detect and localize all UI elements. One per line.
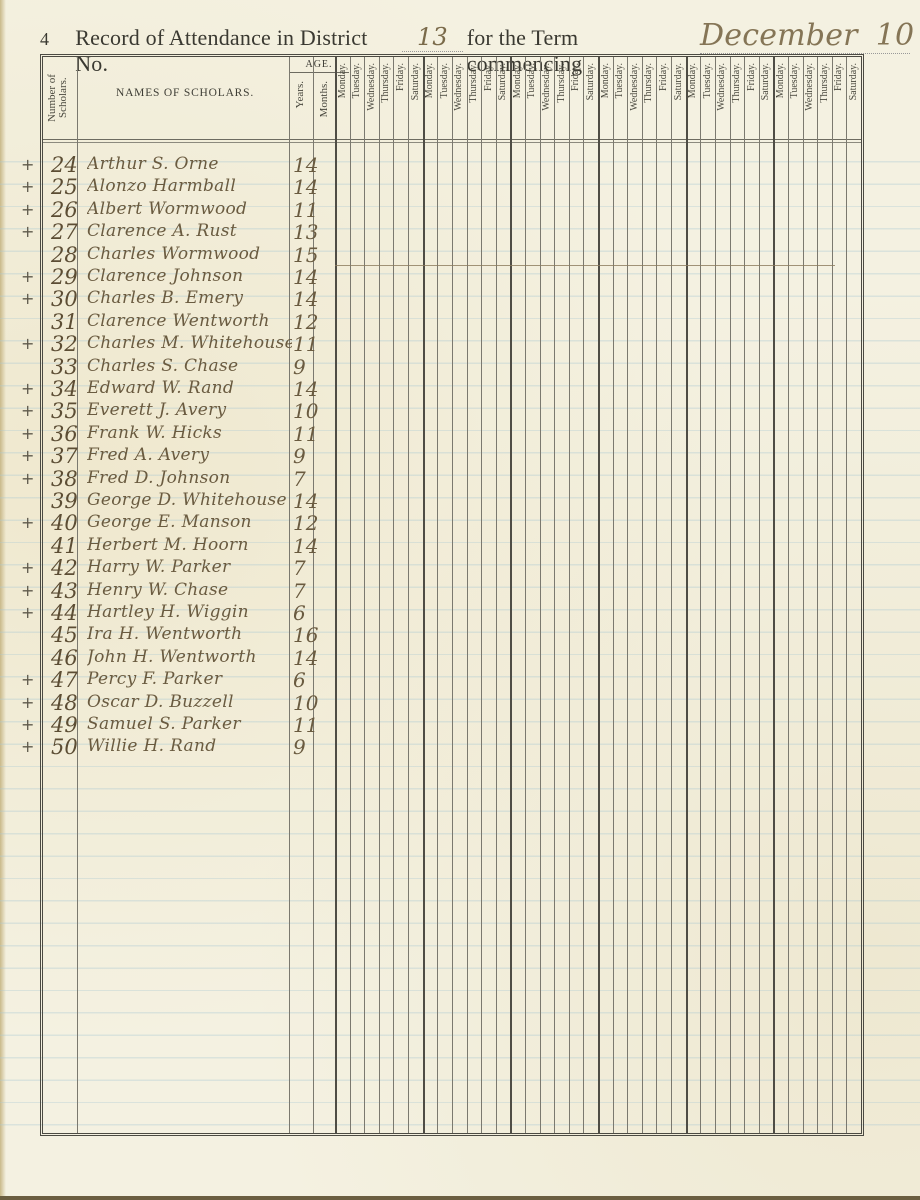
- header-day-w6-friday: Friday.: [833, 63, 844, 91]
- scholar-row: +26Albert Wormwood11: [43, 200, 363, 222]
- scholar-name: George E. Manson: [87, 512, 292, 532]
- header-day-w5-monday: Monday.: [687, 63, 698, 98]
- scholar-row: +34Edward W. Rand14: [43, 379, 363, 401]
- scholar-age-years: 11: [293, 422, 315, 446]
- tally-mark: +: [21, 222, 34, 241]
- scholar-number: 33: [51, 355, 81, 379]
- col-line-day: [379, 57, 380, 1133]
- col-line-day: [846, 57, 847, 1133]
- scholar-row: +37Fred A. Avery9: [43, 446, 363, 468]
- scholar-age-years: 14: [293, 377, 315, 401]
- col-line-day: [817, 57, 818, 1133]
- header-day-w3-wednesday: Wednesday.: [541, 63, 552, 111]
- attendance-table: Number of Scholars. NAMES OF SCHOLARS. A…: [40, 54, 864, 1136]
- page-bottom-edge: [0, 1196, 920, 1200]
- tally-mark: +: [21, 267, 34, 286]
- scholar-name: Clarence A. Rust: [87, 221, 292, 241]
- col-line-day: [803, 57, 804, 1133]
- scholar-age-years: 14: [293, 265, 315, 289]
- col-line-day: [656, 57, 657, 1133]
- scholar-number: 35: [51, 399, 81, 423]
- col-line-day: [525, 57, 526, 1133]
- scholar-row: +44Hartley H. Wiggin6: [43, 603, 363, 625]
- col-line-day: [671, 57, 672, 1133]
- scholar-name: Harry W. Parker: [87, 557, 292, 577]
- scholar-row: +48Oscar D. Buzzell10: [43, 693, 363, 715]
- scholar-name: Charles Wormwood: [87, 244, 292, 264]
- tally-mark: +: [21, 200, 34, 219]
- col-line-day: [540, 57, 541, 1133]
- header-day-w2-saturday: Saturday.: [497, 63, 508, 100]
- tally-mark: +: [21, 446, 34, 465]
- scholar-number: 50: [51, 735, 81, 759]
- scholar-name: Hartley H. Wiggin: [87, 602, 292, 622]
- scholar-row: 33Charles S. Chase9: [43, 357, 363, 379]
- ledger-page: 4 Record of Attendance in District No. 1…: [0, 0, 920, 1200]
- scholar-number: 32: [51, 332, 81, 356]
- scholar-number: 45: [51, 623, 81, 647]
- header-months: Months.: [319, 81, 330, 117]
- header-day-w5-saturday: Saturday.: [760, 63, 771, 100]
- scholar-age-years: 14: [293, 287, 315, 311]
- scholar-number: 30: [51, 287, 81, 311]
- header-day-w1-thursday: Thursday.: [380, 63, 391, 103]
- header-day-w4-friday: Friday.: [658, 63, 669, 91]
- col-line-day: [598, 57, 600, 1133]
- tally-mark: +: [21, 155, 34, 174]
- scholar-row: +25Alonzo Harmball14: [43, 177, 363, 199]
- scholar-name: Samuel S. Parker: [87, 714, 292, 734]
- scholar-row: +36Frank W. Hicks11: [43, 424, 363, 446]
- header-day-w2-friday: Friday.: [483, 63, 494, 91]
- scholar-name: Ira H. Wentworth: [87, 624, 292, 644]
- col-line-day: [744, 57, 745, 1133]
- header-day-w4-tuesday: Tuesday.: [614, 63, 625, 98]
- header-number-of-scholars: Number of Scholars.: [47, 63, 77, 133]
- header-years: Years.: [295, 81, 306, 108]
- col-line-day: [554, 57, 555, 1133]
- scholar-age-years: 9: [293, 444, 315, 468]
- scholar-name: Charles M. Whitehouse: [87, 333, 292, 353]
- scholar-age-years: 12: [293, 511, 315, 535]
- scholar-number: 26: [51, 198, 81, 222]
- header-day-w4-thursday: Thursday.: [643, 63, 654, 103]
- scholar-number: 31: [51, 310, 81, 334]
- scholar-name: Albert Wormwood: [87, 199, 292, 219]
- header-day-w6-thursday: Thursday.: [819, 63, 830, 103]
- scholar-row: +43Henry W. Chase7: [43, 581, 363, 603]
- header-day-w4-saturday: Saturday.: [673, 63, 684, 100]
- scholar-name: Frank W. Hicks: [87, 423, 292, 443]
- scholar-number: 47: [51, 668, 81, 692]
- header-day-w2-thursday: Thursday.: [468, 63, 479, 103]
- scholar-number: 37: [51, 444, 81, 468]
- header-day-w5-wednesday: Wednesday.: [716, 63, 727, 111]
- tally-mark: +: [21, 513, 34, 532]
- scholar-number: 28: [51, 243, 81, 267]
- header-day-w3-thursday: Thursday.: [556, 63, 567, 103]
- header-day-w3-saturday: Saturday.: [585, 63, 596, 100]
- page-number: 4: [40, 29, 49, 50]
- scholar-name: Everett J. Avery: [87, 400, 292, 420]
- scholar-age-years: 15: [293, 243, 315, 267]
- scholar-number: 46: [51, 646, 81, 670]
- header-day-w3-tuesday: Tuesday.: [526, 63, 537, 98]
- header-day-w4-wednesday: Wednesday.: [629, 63, 640, 111]
- col-line-day: [452, 57, 453, 1133]
- col-line-day: [583, 57, 584, 1133]
- scholar-name: Willie H. Rand: [87, 736, 292, 756]
- col-line-day: [393, 57, 394, 1133]
- term-month: December: [700, 18, 858, 53]
- scholar-age-years: 14: [293, 646, 315, 670]
- scholar-row: +42Harry W. Parker7: [43, 558, 363, 580]
- header-day-w1-saturday: Saturday.: [410, 63, 421, 100]
- scholar-name: Charles B. Emery: [87, 288, 292, 308]
- scholar-row: 28Charles Wormwood15: [43, 245, 363, 267]
- scholar-row: 31Clarence Wentworth12: [43, 312, 363, 334]
- scholar-age-years: 11: [293, 198, 315, 222]
- scholar-name: Alonzo Harmball: [87, 176, 292, 196]
- scholar-number: 25: [51, 175, 81, 199]
- col-line-day: [569, 57, 570, 1133]
- tally-mark: +: [21, 693, 34, 712]
- scholar-number: 44: [51, 601, 81, 625]
- term-date-field: December10: [700, 18, 910, 54]
- term-day: 10: [876, 18, 915, 53]
- scholar-name: Clarence Wentworth: [87, 311, 292, 331]
- tally-mark: +: [21, 424, 34, 443]
- header-day-w5-thursday: Thursday.: [731, 63, 742, 103]
- tally-mark: +: [21, 581, 34, 600]
- header-day-w6-monday: Monday.: [775, 63, 786, 98]
- tally-mark: +: [21, 715, 34, 734]
- tally-mark: +: [21, 558, 34, 577]
- scholar-number: 40: [51, 511, 81, 535]
- tally-mark: +: [21, 334, 34, 353]
- header-day-w3-friday: Friday.: [570, 63, 581, 91]
- header-day-w4-monday: Monday.: [600, 63, 611, 98]
- scholar-name: Fred D. Johnson: [87, 468, 292, 488]
- scholar-number: 39: [51, 489, 81, 513]
- col-line-day: [788, 57, 789, 1133]
- header-day-w6-tuesday: Tuesday.: [789, 63, 800, 98]
- scholar-age-years: 6: [293, 668, 315, 692]
- col-line-day: [832, 57, 833, 1133]
- header-day-w5-tuesday: Tuesday.: [702, 63, 713, 98]
- scholar-number: 42: [51, 556, 81, 580]
- scholar-name: Clarence Johnson: [87, 266, 292, 286]
- scholar-age-years: 14: [293, 175, 315, 199]
- header-day-w2-wednesday: Wednesday.: [453, 63, 464, 111]
- scholar-age-years: 13: [293, 220, 315, 244]
- scholar-age-years: 11: [293, 332, 315, 356]
- scholar-number: 49: [51, 713, 81, 737]
- scholar-name: Henry W. Chase: [87, 580, 292, 600]
- scholar-age-years: 7: [293, 467, 315, 491]
- scholar-row: +29Clarence Johnson14: [43, 267, 363, 289]
- scholar-number: 38: [51, 467, 81, 491]
- col-line-day: [364, 57, 365, 1133]
- scholar-number: 43: [51, 579, 81, 603]
- district-number-field: 13: [402, 23, 463, 52]
- scholar-age-years: 10: [293, 399, 315, 423]
- col-line-day: [700, 57, 701, 1133]
- col-line-day: [730, 57, 731, 1133]
- scholar-row: 45Ira H. Wentworth16: [43, 625, 363, 647]
- col-line-day: [759, 57, 760, 1133]
- scholar-age-years: 7: [293, 579, 315, 603]
- page-header: 4 Record of Attendance in District No. 1…: [40, 18, 910, 54]
- header-day-w1-monday: Monday.: [337, 63, 348, 98]
- scholar-row: +38Fred D. Johnson7: [43, 469, 363, 491]
- scholar-row: 41Herbert M. Hoorn14: [43, 536, 363, 558]
- col-line-day: [773, 57, 775, 1133]
- scholar-name: John H. Wentworth: [87, 647, 292, 667]
- header-day-w1-friday: Friday.: [395, 63, 406, 91]
- scholar-age-years: 12: [293, 310, 315, 334]
- col-line-day: [613, 57, 614, 1133]
- ink-stroke: [335, 265, 835, 266]
- scholar-number: 24: [51, 153, 81, 177]
- scholar-row: +47Percy F. Parker6: [43, 670, 363, 692]
- tally-mark: +: [21, 603, 34, 622]
- tally-mark: +: [21, 379, 34, 398]
- scholar-number: 48: [51, 691, 81, 715]
- scholar-name: Oscar D. Buzzell: [87, 692, 292, 712]
- tally-mark: +: [21, 177, 34, 196]
- header-names-of-scholars: NAMES OF SCHOLARS.: [79, 87, 291, 99]
- col-line-day: [642, 57, 643, 1133]
- scholar-age-years: 6: [293, 601, 315, 625]
- header-day-w1-wednesday: Wednesday.: [366, 63, 377, 111]
- scholar-row: +35Everett J. Avery10: [43, 401, 363, 423]
- header-day-w2-monday: Monday.: [424, 63, 435, 98]
- tally-mark: +: [21, 469, 34, 488]
- col-line-day: [481, 57, 482, 1133]
- scholar-name: George D. Whitehouse: [87, 490, 292, 510]
- header-day-w3-monday: Monday.: [512, 63, 523, 98]
- scholar-row: 39George D. Whitehouse14: [43, 491, 363, 513]
- header-day-w6-wednesday: Wednesday.: [804, 63, 815, 111]
- scholar-row: +27Clarence A. Rust13: [43, 222, 363, 244]
- col-line-day: [408, 57, 409, 1133]
- scholar-name: Charles S. Chase: [87, 356, 292, 376]
- scholar-age-years: 14: [293, 534, 315, 558]
- scholar-row: +32Charles M. Whitehouse11: [43, 334, 363, 356]
- col-line-day: [686, 57, 688, 1133]
- scholar-row: +30Charles B. Emery14: [43, 289, 363, 311]
- scholar-row: +49Samuel S. Parker11: [43, 715, 363, 737]
- tally-mark: +: [21, 737, 34, 756]
- col-line-day: [715, 57, 716, 1133]
- header-day-w5-friday: Friday.: [746, 63, 757, 91]
- scholar-age-years: 11: [293, 713, 315, 737]
- scholar-age-years: 9: [293, 355, 315, 379]
- col-line-day: [467, 57, 468, 1133]
- scholar-name: Percy F. Parker: [87, 669, 292, 689]
- scholar-age-years: 9: [293, 735, 315, 759]
- scholar-age-years: 14: [293, 153, 315, 177]
- scholar-number: 36: [51, 422, 81, 446]
- scholar-name: Edward W. Rand: [87, 378, 292, 398]
- col-line-day: [510, 57, 512, 1133]
- scholar-number: 34: [51, 377, 81, 401]
- scholar-age-years: 10: [293, 691, 315, 715]
- scholar-number: 41: [51, 534, 81, 558]
- header-day-w2-tuesday: Tuesday.: [439, 63, 450, 98]
- scholar-name: Fred A. Avery: [87, 445, 292, 465]
- scholar-number: 29: [51, 265, 81, 289]
- scholar-age-years: 14: [293, 489, 315, 513]
- scholar-name: Herbert M. Hoorn: [87, 535, 292, 555]
- scholar-age-years: 16: [293, 623, 315, 647]
- scholar-row: +40George E. Manson12: [43, 513, 363, 535]
- tally-mark: +: [21, 670, 34, 689]
- tally-mark: +: [21, 289, 34, 308]
- scholar-row: +50Willie H. Rand9: [43, 737, 363, 759]
- scholar-age-years: 7: [293, 556, 315, 580]
- col-line-day: [423, 57, 425, 1133]
- scholar-name: Arthur S. Orne: [87, 154, 292, 174]
- col-line-day: [496, 57, 497, 1133]
- header-day-w6-saturday: Saturday.: [848, 63, 859, 100]
- scholar-row: 46John H. Wentworth14: [43, 648, 363, 670]
- scholar-row: +24Arthur S. Orne14: [43, 155, 363, 177]
- col-line-day: [627, 57, 628, 1133]
- scholar-number: 27: [51, 220, 81, 244]
- col-line-day: [437, 57, 438, 1133]
- tally-mark: +: [21, 401, 34, 420]
- header-day-w1-tuesday: Tuesday.: [351, 63, 362, 98]
